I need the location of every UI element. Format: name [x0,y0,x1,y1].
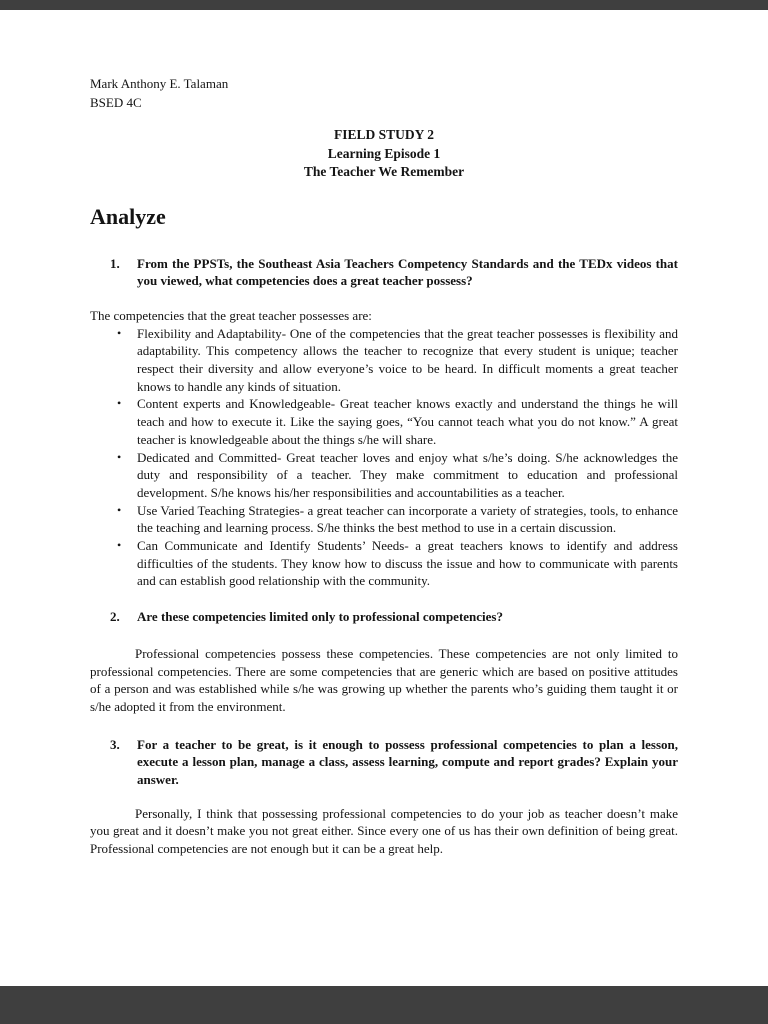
bullet-text: Content experts and Knowledgeable- Great… [137,395,678,448]
answer-2-paragraph: Professional competencies possess these … [90,645,678,716]
bullet-marker: • [90,537,137,590]
bullet-item: • Flexibility and Adaptability- One of t… [90,325,678,396]
question-1-number: 1. [90,255,137,290]
title-line-1: FIELD STUDY 2 [90,126,678,145]
document-viewer: Mark Anthony E. Talaman BSED 4C FIELD ST… [0,0,768,1024]
question-3: 3. For a teacher to be great, is it enou… [90,736,678,789]
bullet-item: • Can Communicate and Identify Students’… [90,537,678,590]
question-3-number: 3. [90,736,137,789]
answer-1-bullet-list: • Flexibility and Adaptability- One of t… [90,325,678,591]
bullet-marker: • [90,502,137,537]
bullet-marker: • [90,395,137,448]
bullet-item: • Use Varied Teaching Strategies- a grea… [90,502,678,537]
title-line-3: The Teacher We Remember [90,163,678,182]
section-heading: Analyze [90,204,678,230]
author-name: Mark Anthony E. Talaman [90,75,678,94]
bullet-text: Can Communicate and Identify Students’ N… [137,537,678,590]
bullet-text: Use Varied Teaching Strategies- a great … [137,502,678,537]
title-line-2: Learning Episode 1 [90,145,678,164]
question-3-text: For a teacher to be great, is it enough … [137,736,678,789]
bullet-text: Flexibility and Adaptability- One of the… [137,325,678,396]
author-section: BSED 4C [90,94,678,113]
answer-1-intro: The competencies that the great teacher … [90,307,678,325]
bullet-item: • Content experts and Knowledgeable- Gre… [90,395,678,448]
bullet-marker: • [90,449,137,502]
question-2-text: Are these competencies limited only to p… [137,608,678,626]
answer-3-paragraph: Personally, I think that possessing prof… [90,805,678,858]
question-1-text: From the PPSTs, the Southeast Asia Teach… [137,255,678,290]
author-block: Mark Anthony E. Talaman BSED 4C [90,75,678,112]
question-2-number: 2. [90,608,137,626]
bullet-marker: • [90,325,137,396]
bullet-item: • Dedicated and Committed- Great teacher… [90,449,678,502]
bullet-text: Dedicated and Committed- Great teacher l… [137,449,678,502]
title-block: FIELD STUDY 2 Learning Episode 1 The Tea… [90,126,678,182]
question-2: 2. Are these competencies limited only t… [90,608,678,626]
question-1: 1. From the PPSTs, the Southeast Asia Te… [90,255,678,290]
document-page: Mark Anthony E. Talaman BSED 4C FIELD ST… [0,10,768,986]
